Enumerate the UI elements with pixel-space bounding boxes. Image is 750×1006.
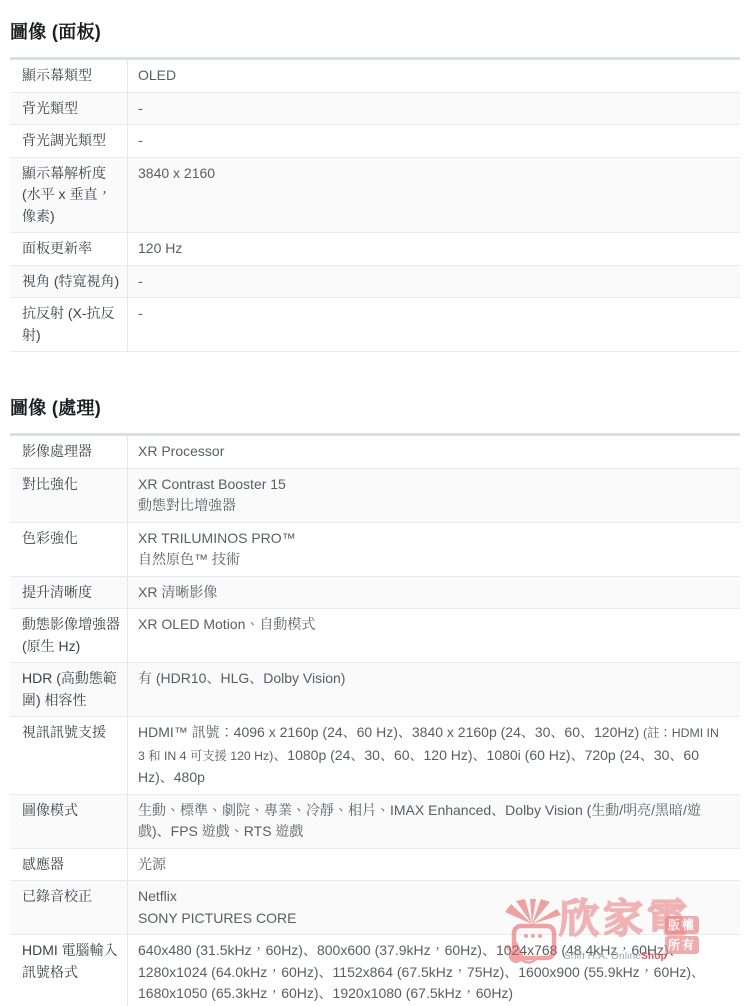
spec-row: 視角 (特寬視角)- [10,266,740,299]
spec-label: 視角 (特寬視角) [10,266,128,298]
spec-value: 生動、標準、劇院、專業、冷靜、相片、IMAX Enhanced、Dolby Vi… [128,795,740,848]
spec-row: 影像處理器XR Processor [10,436,740,469]
spec-value-text: OLED [138,67,176,83]
spec-value: XR OLED Motion、自動模式 [128,609,740,662]
spec-row: 面板更新率120 Hz [10,233,740,266]
spec-table: 顯示幕類型OLED背光類型-背光調光類型-顯示幕解析度 (水平 x 垂直，像素)… [10,57,740,352]
spec-row: HDR (高動態範圍) 相容性有 (HDR10、HLG、Dolby Vision… [10,663,740,717]
spec-label: 色彩強化 [10,523,128,576]
spec-value-text: XR 清晰影像 [138,584,217,600]
spec-value-line: - [138,271,722,293]
spec-value-line: 120 Hz [138,238,722,260]
spec-value: - [128,266,740,298]
spec-row: 顯示幕解析度 (水平 x 垂直，像素)3840 x 2160 [10,158,740,234]
spec-value: 3840 x 2160 [128,158,740,233]
spec-value-line: XR TRILUMINOS PRO™ [138,528,722,550]
section-title: 圖像 (面板) [10,20,740,44]
spec-row: 提升清晰度XR 清晰影像 [10,577,740,610]
spec-row: 動態影像增強器 (原生 Hz)XR OLED Motion、自動模式 [10,609,740,663]
spec-row: 抗反射 (X-抗反射)- [10,298,740,352]
spec-row: 背光調光類型- [10,125,740,158]
spec-row: 背光類型- [10,93,740,126]
spec-value-line: Netflix [138,886,722,908]
spec-value-line: 有 (HDR10、HLG、Dolby Vision) [138,668,722,690]
spec-value-text: HDMI™ 訊號：4096 x 2160p (24、60 Hz)、3840 x … [138,724,643,740]
spec-value-text: XR TRILUMINOS PRO™ [138,530,296,546]
spec-section: 圖像 (面板)顯示幕類型OLED背光類型-背光調光類型-顯示幕解析度 (水平 x… [10,20,740,352]
spec-label: HDMI 電腦輸入訊號格式 [10,935,128,1006]
spec-value-line: 3840 x 2160 [138,163,722,185]
spec-label: 感應器 [10,849,128,881]
spec-value: - [128,298,740,351]
spec-label: 已錄音校正 [10,881,128,934]
spec-value-text: - [138,273,143,289]
spec-value-text: - [138,132,143,148]
spec-row: 感應器光源 [10,849,740,882]
spec-label: 影像處理器 [10,436,128,468]
spec-row: 視訊訊號支援HDMI™ 訊號：4096 x 2160p (24、60 Hz)、3… [10,717,740,795]
spec-value-line: - [138,303,722,325]
spec-label: 背光調光類型 [10,125,128,157]
spec-row: 色彩強化XR TRILUMINOS PRO™自然原色™ 技術 [10,523,740,577]
section-title: 圖像 (處理) [10,396,740,420]
spec-value-line: 自然原色™ 技術 [138,549,722,571]
spec-value: NetflixSONY PICTURES CORE [128,881,740,934]
spec-value: 有 (HDR10、HLG、Dolby Vision) [128,663,740,716]
spec-value-line: XR Contrast Booster 15 [138,474,722,496]
spec-value-text: 光源 [138,856,166,872]
spec-value-text: 120 Hz [138,240,182,256]
spec-label: 顯示幕解析度 (水平 x 垂直，像素) [10,158,128,233]
spec-label: 背光類型 [10,93,128,125]
spec-page: 圖像 (面板)顯示幕類型OLED背光類型-背光調光類型-顯示幕解析度 (水平 x… [0,0,750,1006]
spec-value: XR 清晰影像 [128,577,740,609]
spec-value-text: 640x480 (31.5kHz，60Hz)、800x600 (37.9kHz，… [138,942,705,1001]
spec-value-text: SONY PICTURES CORE [138,910,296,926]
spec-value-line: HDMI™ 訊號：4096 x 2160p (24、60 Hz)、3840 x … [138,722,722,789]
spec-value-text: XR Processor [138,443,224,459]
spec-value-line: - [138,130,722,152]
spec-value: - [128,93,740,125]
spec-value-text: 生動、標準、劇院、專業、冷靜、相片、IMAX Enhanced、Dolby Vi… [138,802,701,840]
spec-row: 圖像模式生動、標準、劇院、專業、冷靜、相片、IMAX Enhanced、Dolb… [10,795,740,849]
spec-value: 640x480 (31.5kHz，60Hz)、800x600 (37.9kHz，… [128,935,740,1006]
spec-table: 影像處理器XR Processor對比強化XR Contrast Booster… [10,433,740,1006]
spec-row: HDMI 電腦輸入訊號格式640x480 (31.5kHz，60Hz)、800x… [10,935,740,1006]
spec-label: 抗反射 (X-抗反射) [10,298,128,351]
spec-value: 光源 [128,849,740,881]
spec-value-line: 生動、標準、劇院、專業、冷靜、相片、IMAX Enhanced、Dolby Vi… [138,800,722,843]
spec-label: HDR (高動態範圍) 相容性 [10,663,128,716]
spec-label: 對比強化 [10,469,128,522]
spec-row: 已錄音校正NetflixSONY PICTURES CORE [10,881,740,935]
spec-value-line: OLED [138,65,722,87]
spec-value-line: SONY PICTURES CORE [138,908,722,930]
spec-label: 圖像模式 [10,795,128,848]
spec-row: 對比強化XR Contrast Booster 15動態對比增強器 [10,469,740,523]
spec-value-line: XR OLED Motion、自動模式 [138,614,722,636]
spec-value: HDMI™ 訊號：4096 x 2160p (24、60 Hz)、3840 x … [128,717,740,794]
spec-row: 顯示幕類型OLED [10,60,740,93]
spec-sections: 圖像 (面板)顯示幕類型OLED背光類型-背光調光類型-顯示幕解析度 (水平 x… [0,0,750,1006]
spec-value-line: XR 清晰影像 [138,582,722,604]
spec-label: 視訊訊號支援 [10,717,128,794]
spec-label: 面板更新率 [10,233,128,265]
spec-value-text: XR Contrast Booster 15 [138,476,286,492]
spec-value-line: 光源 [138,854,722,876]
spec-label: 動態影像增強器 (原生 Hz) [10,609,128,662]
spec-value-text: - [138,305,143,321]
spec-value-text: 3840 x 2160 [138,165,215,181]
spec-value-text: - [138,100,143,116]
spec-value: 120 Hz [128,233,740,265]
spec-value: OLED [128,60,740,92]
spec-value-line: 動態對比增強器 [138,495,722,517]
spec-label: 提升清晰度 [10,577,128,609]
spec-value: XR Contrast Booster 15動態對比增強器 [128,469,740,522]
spec-value: XR Processor [128,436,740,468]
spec-value-text: 動態對比增強器 [138,497,236,513]
spec-label: 顯示幕類型 [10,60,128,92]
spec-value-text: Netflix [138,888,177,904]
spec-section: 圖像 (處理)影像處理器XR Processor對比強化XR Contrast … [10,396,740,1006]
spec-value-text: 自然原色™ 技術 [138,551,240,567]
spec-value-line: - [138,98,722,120]
spec-value-line: XR Processor [138,441,722,463]
spec-value: XR TRILUMINOS PRO™自然原色™ 技術 [128,523,740,576]
spec-value-text: XR OLED Motion、自動模式 [138,616,315,632]
spec-value: - [128,125,740,157]
spec-value-text: 有 (HDR10、HLG、Dolby Vision) [138,670,345,686]
spec-value-line: 640x480 (31.5kHz，60Hz)、800x600 (37.9kHz，… [138,940,722,1005]
